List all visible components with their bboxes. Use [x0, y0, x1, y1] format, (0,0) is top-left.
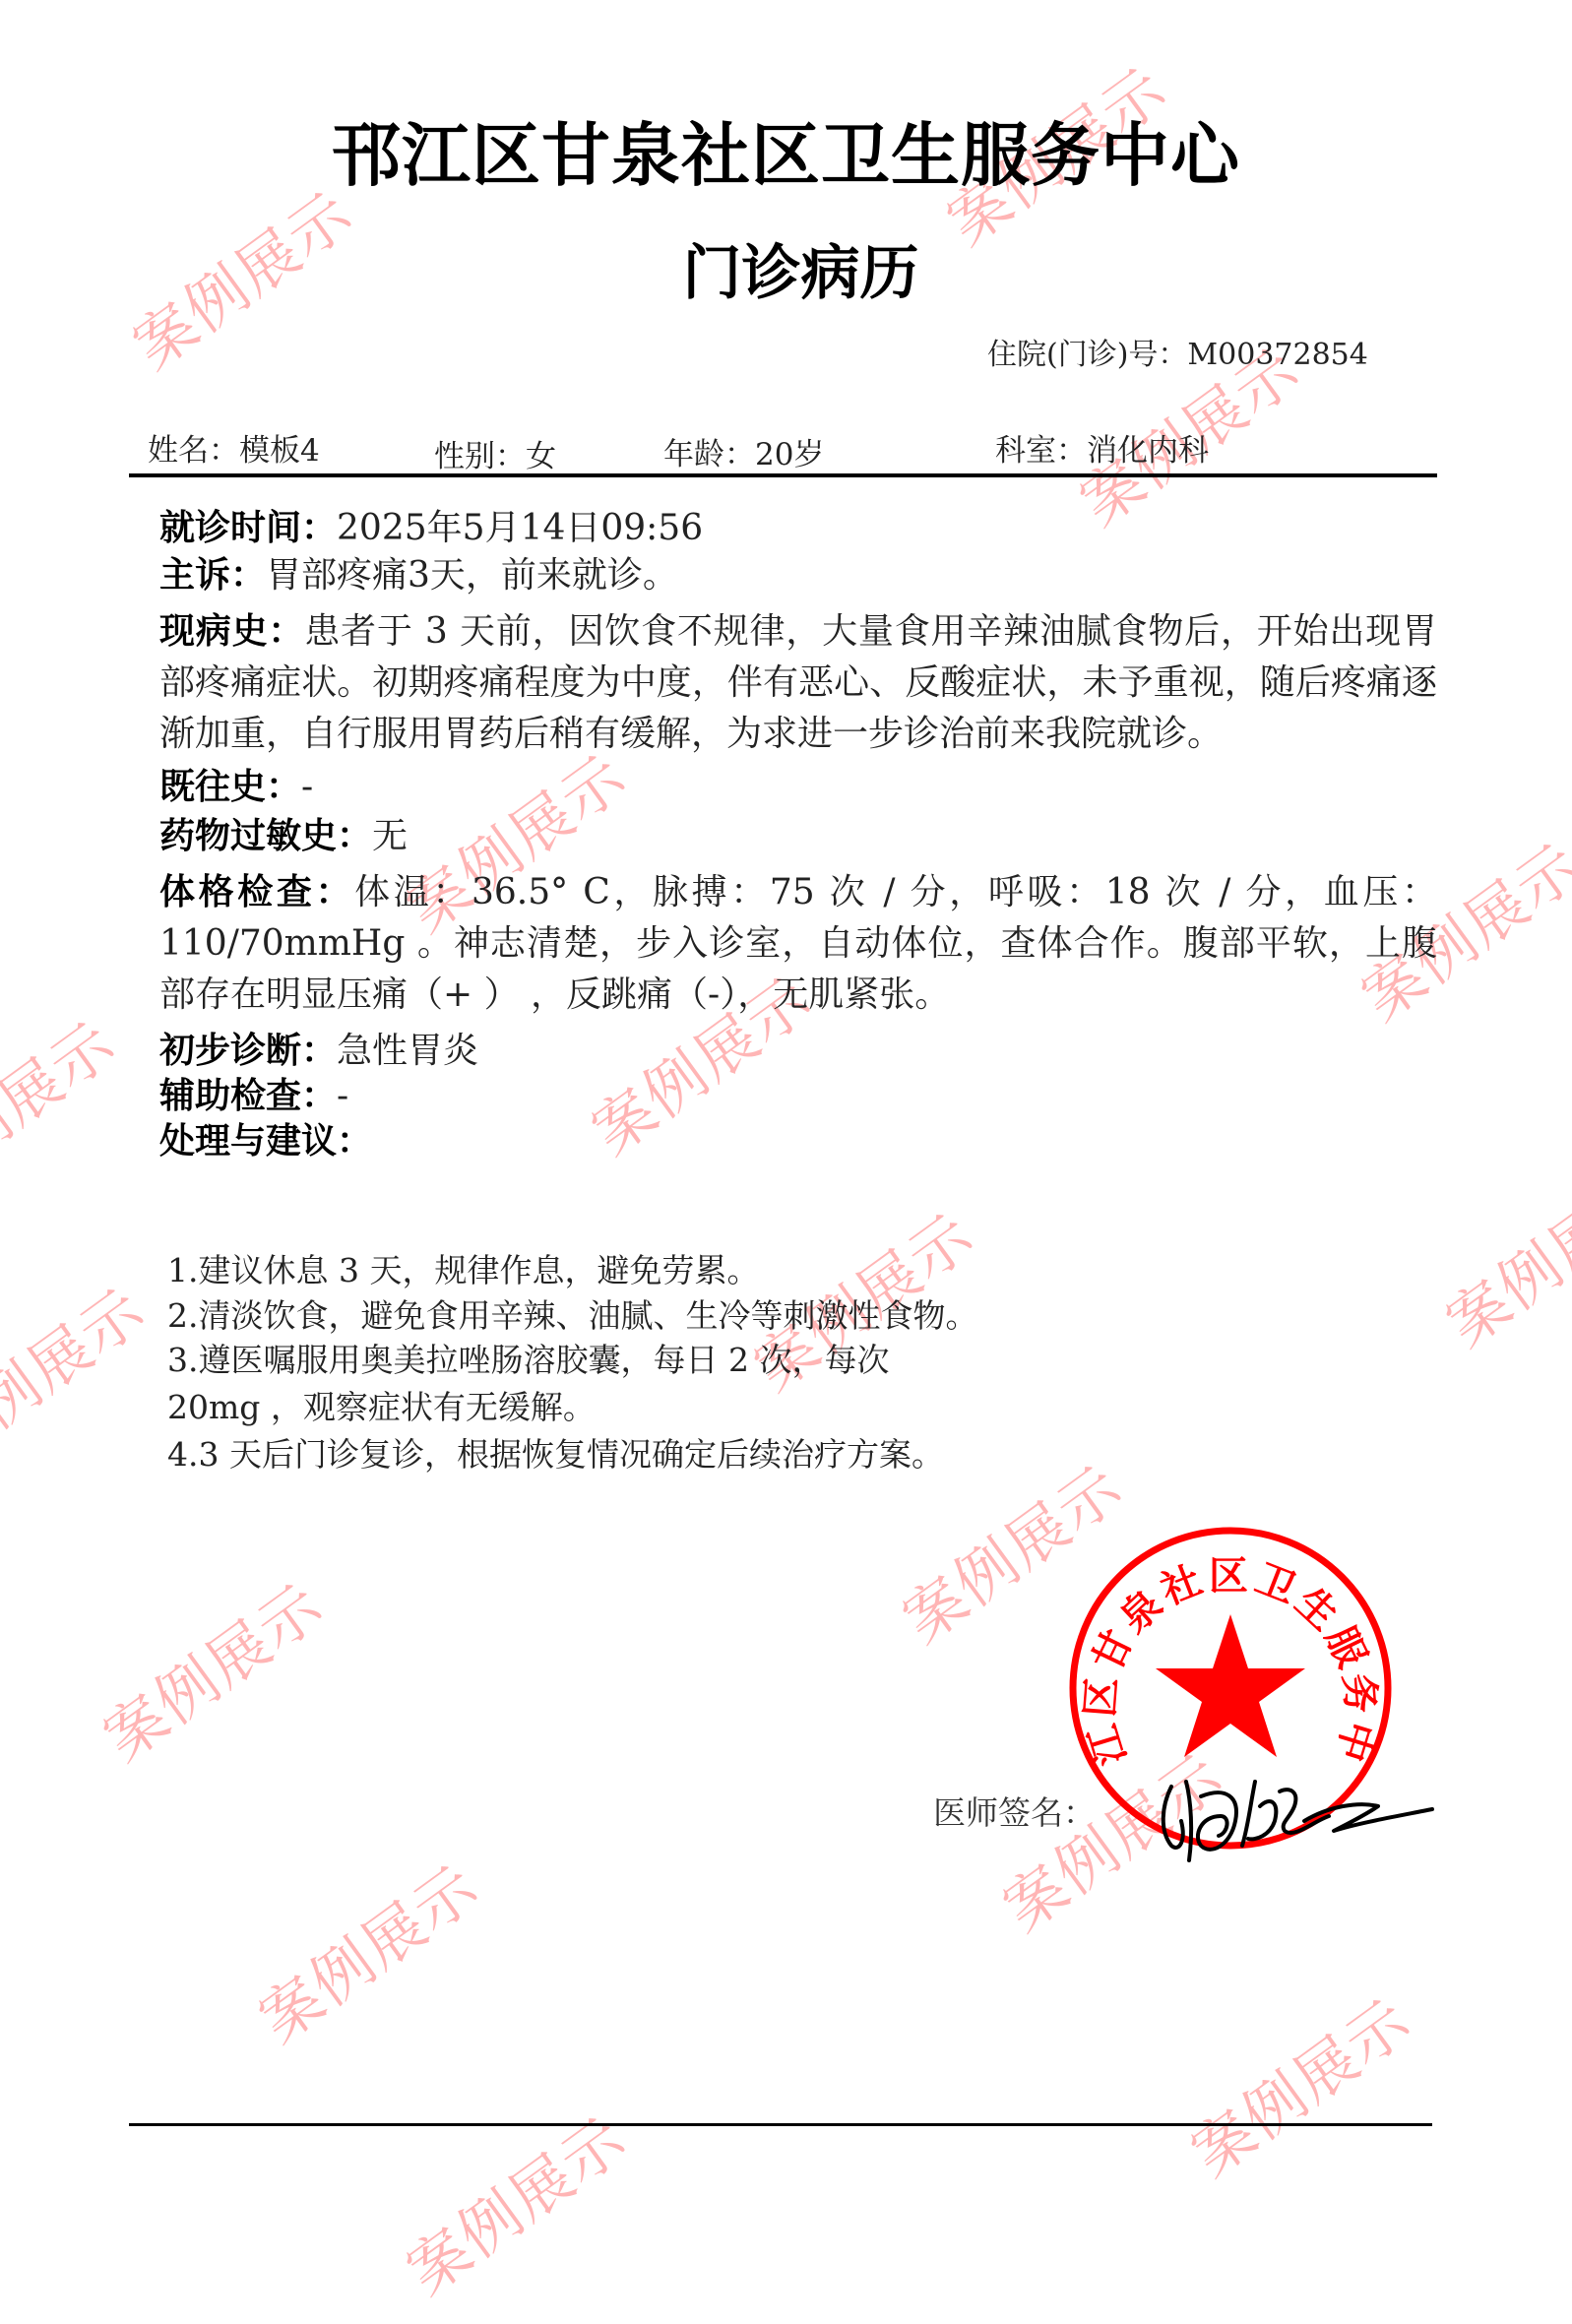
- physical-exam-label: 体格检查：: [159, 872, 354, 912]
- recommendation-item: 2.清淡饮食，避免食用辛辣、油腻、生冷等刺激性食物。: [167, 1292, 978, 1339]
- record-number-value: M00372854: [1187, 338, 1367, 372]
- patient-age-value: 20岁: [755, 437, 824, 472]
- patient-department-label: 科室：: [995, 433, 1087, 469]
- footer-divider: [129, 2123, 1432, 2126]
- header-divider: [129, 473, 1437, 477]
- past-history: 既往史：-: [159, 764, 313, 811]
- watermark: 案例展示: [83, 1558, 338, 1777]
- visit-time-label: 就诊时间：: [159, 508, 337, 548]
- visit-time: 就诊时间：2025年5月14日09:56: [159, 505, 703, 552]
- record-number-label: 住院(门诊)号：: [987, 338, 1187, 372]
- recommendation-item: 3.遵医嘱服用奥美拉唑肠溶胶囊，每日 2 次，每次: [167, 1337, 889, 1383]
- physical-exam: 体格检查：体温：36.5° C，脉搏：75 次 / 分，呼吸：18 次 / 分，…: [159, 867, 1437, 1021]
- physician-signature-label: 医师签名：: [933, 1793, 1096, 1833]
- watermark: 案例展示: [1425, 1144, 1572, 1362]
- patient-age-label: 年龄：: [663, 437, 755, 472]
- institution-title: 邗江区甘泉社区卫生服务中心: [0, 116, 1572, 195]
- recommendation-item: 20mg ，观察症状有无缓解。: [167, 1384, 596, 1430]
- diagnosis-value: 急性胃炎: [337, 1031, 478, 1071]
- recommendation-item: 1.建议休息 3 天，规律作息，避免劳累。: [167, 1247, 759, 1293]
- drug-allergy-label: 药物过敏史：: [159, 816, 372, 856]
- patient-name-label: 姓名：: [148, 433, 239, 469]
- patient-gender-value: 女: [526, 439, 556, 474]
- patient-name: 姓名：模板4: [148, 431, 320, 471]
- patient-age: 年龄：20岁: [663, 435, 824, 474]
- present-illness-value: 患者于 3 天前，因饮食不规律，大量食用辛辣油腻食物后，开始出现胃部疼痛症状。初…: [159, 611, 1437, 754]
- patient-department-value: 消化内科: [1087, 433, 1209, 469]
- present-illness-label: 现病史：: [159, 611, 304, 652]
- recommendation-item: 4.3 天后门诊复诊，根据恢复情况确定后续治疗方案。: [167, 1431, 944, 1477]
- patient-name-value: 模板4: [239, 433, 320, 469]
- drug-allergy: 药物过敏史：无: [159, 813, 408, 860]
- watermark: 案例展示: [238, 1840, 493, 2058]
- star-icon: [1156, 1614, 1305, 1757]
- chief-complaint-label: 主诉：: [159, 555, 266, 596]
- past-history-label: 既往史：: [159, 767, 301, 807]
- diagnosis-label: 初步诊断：: [159, 1031, 337, 1071]
- preliminary-diagnosis: 初步诊断：急性胃炎: [159, 1028, 478, 1075]
- physician-signature: [1132, 1762, 1447, 1870]
- auxiliary-exam: 辅助检查：-: [159, 1073, 348, 1120]
- patient-department: 科室：消化内科: [995, 431, 1209, 471]
- aux-exam-label: 辅助检查：: [159, 1076, 337, 1116]
- treatment-advice: 处理与建议：: [159, 1118, 372, 1165]
- visit-time-value: 2025年5月14日09:56: [337, 508, 703, 548]
- treatment-label: 处理与建议：: [159, 1121, 372, 1162]
- watermark: 案例展示: [1170, 1974, 1425, 2192]
- patient-gender-label: 性别：: [434, 439, 526, 474]
- record-number: 住院(门诊)号：M00372854: [987, 337, 1368, 374]
- document-title: 门诊病历: [0, 239, 1572, 308]
- watermark: 案例展示: [0, 996, 131, 1215]
- watermark: 案例展示: [0, 1263, 160, 1481]
- present-illness: 现病史：患者于 3 天前，因饮食不规律，大量食用辛辣油腻食物后，开始出现胃部疼痛…: [159, 606, 1437, 760]
- chief-complaint-value: 胃部疼痛3天，前来就诊。: [266, 555, 678, 596]
- chief-complaint: 主诉：胃部疼痛3天，前来就诊。: [159, 552, 678, 599]
- drug-allergy-value: 无: [372, 816, 408, 856]
- past-history-value: -: [301, 767, 313, 807]
- patient-gender: 性别：女: [434, 437, 556, 476]
- aux-exam-value: -: [337, 1076, 348, 1116]
